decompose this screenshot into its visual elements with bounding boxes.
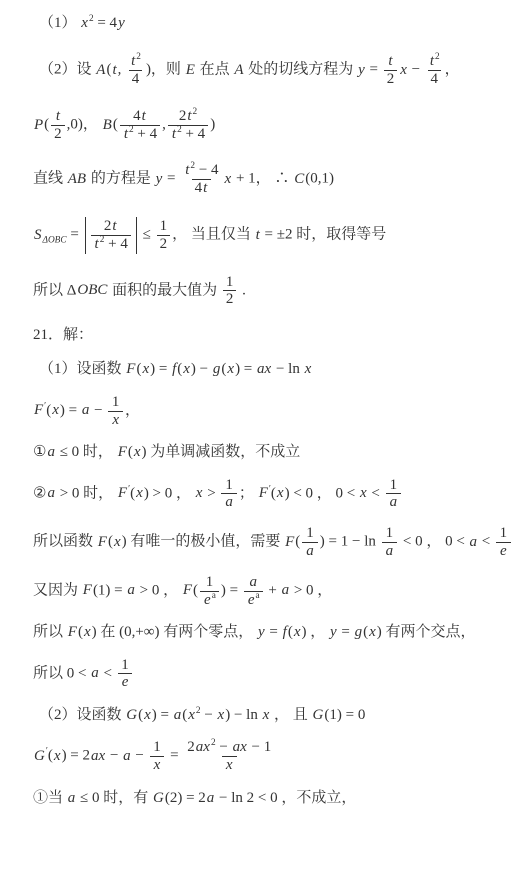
fraction: t2 [51, 108, 65, 143]
line-G-derivative: G′(x) = 2ax − a − 1x = 2ax2 − ax − 1x [33, 739, 516, 774]
text-run: 1 [112, 394, 120, 410]
math-variable: t [111, 218, 117, 234]
fraction: 2tt2 + 4 [91, 218, 131, 253]
numerator: 2t2 [176, 108, 200, 125]
denominator: 2 [157, 235, 171, 253]
numerator: 4t [130, 108, 150, 125]
fraction: 1a [302, 525, 318, 560]
line-define-G: （2）设函数 G(x) = a(x2 − x) − ln x ， 且 G(1) … [33, 705, 516, 725]
fraction: t24 [426, 53, 443, 88]
math-variable: S [33, 227, 43, 243]
numerator: t2 [426, 53, 443, 70]
math-variable: a [46, 485, 56, 501]
math-variable: x [143, 707, 152, 723]
line-AB-equation: 直线 AB 的方程是 y = t2 − 44tx + 1， ∴ C(0,1) [33, 162, 516, 197]
denominator: x [150, 756, 165, 774]
denominator: a [382, 542, 398, 560]
math-variable: E [185, 62, 196, 78]
text-run: + 4 [134, 126, 157, 142]
text-run: ≤ 0 时， [56, 444, 117, 460]
math-variable: g [212, 361, 222, 377]
text-run: 4 [132, 71, 140, 87]
text-run: 1 [206, 574, 214, 590]
text-run: + 1， ∴ [232, 171, 293, 187]
text-run: 2 [54, 126, 62, 142]
math-variable: e [499, 543, 508, 559]
text-run: < [368, 485, 384, 501]
text-run: ； [239, 485, 258, 501]
text-run: ) 有唯一的极小值，需要 [122, 534, 285, 550]
math-variable: x [182, 361, 191, 377]
text-run: 2 [160, 236, 168, 252]
fraction: 1ea [200, 574, 219, 609]
text-run: 1 [306, 525, 314, 541]
math-variable: x [224, 171, 233, 187]
math-variable: ax [90, 748, 106, 764]
math-variable: x [217, 707, 226, 723]
text-run: ， [445, 62, 460, 78]
text-run: ， [125, 402, 140, 418]
math-variable: a [469, 534, 479, 550]
math-solution-document: （1） x2 = 4y（2）设 A(t, t24)，则 E 在点 A 处的切线方… [0, 0, 528, 891]
denominator: a [386, 493, 402, 511]
text-run: > 0 时， [56, 485, 117, 501]
text-run: 的方程是 [87, 171, 155, 187]
math-variable: a [173, 707, 183, 723]
text-run: ) = [235, 361, 256, 377]
numerator: t [52, 108, 64, 125]
text-run: − [90, 402, 106, 418]
text-run: − 4 [195, 162, 218, 178]
text-run: ) = 2 [62, 748, 90, 764]
math-variable: x [53, 748, 62, 764]
text-run: （1）设函数 [39, 361, 125, 377]
math-variable: OBC [76, 282, 108, 298]
math-variable: x [226, 361, 235, 377]
line-define-F: （1）设函数 F(x) = f(x) − g(x) = ax − ln x [33, 359, 516, 379]
text-run: ) 有两个交点， [377, 624, 476, 640]
math-variable: B [102, 117, 113, 133]
absolute-value: 2tt2 + 4 [85, 217, 137, 254]
text-run: = [338, 624, 354, 640]
math-variable: F [67, 624, 78, 640]
text-run: + 4 [182, 126, 205, 142]
line-case1-a-nonpositive: ①a ≤ 0 时， F(x) 为单调减函数，不成立 [33, 442, 516, 462]
text-run: ) − [191, 361, 212, 377]
text-run: (2) = 2 [165, 790, 206, 806]
numerator: 1 [383, 525, 397, 542]
text-run: 21．解： [33, 327, 93, 343]
fraction: 2ax2 − ax − 1x [184, 739, 274, 774]
text-run: ) = [152, 707, 173, 723]
fraction: 1x [108, 394, 123, 429]
math-variable: ax [232, 739, 248, 755]
text-run: < [478, 534, 494, 550]
text-run: 在点 [196, 62, 234, 78]
math-variable: x [111, 412, 120, 428]
numerator: 1 [109, 394, 123, 411]
text-run: 1 [121, 657, 129, 673]
text-run: < 0 ， 0 < [399, 534, 468, 550]
math-variable: ax [256, 361, 272, 377]
numerator: t2 [127, 53, 144, 70]
text-run: ， 且 [270, 707, 311, 723]
text-run: = [166, 748, 182, 764]
math-variable: t [202, 180, 208, 196]
math-variable: A [95, 62, 106, 78]
math-variable: AB [67, 171, 87, 187]
text-run: , [118, 62, 126, 78]
line-points-P-B: P(t2,0)， B(4tt2 + 4,2t2t2 + 4) [33, 108, 516, 143]
text-run: 处的切线方程为 [245, 62, 358, 78]
math-variable: a [122, 748, 132, 764]
math-variable: x [187, 707, 196, 723]
numerator: 1 [118, 657, 132, 674]
denominator: a [302, 542, 318, 560]
text-run: ) < 0 ， 0 < [285, 485, 359, 501]
math-variable: x [83, 624, 92, 640]
text-run: > 0 ， [290, 582, 332, 598]
numerator: t2 − 4 [181, 162, 221, 179]
math-variable: y [357, 62, 366, 78]
text-run: 2 [226, 291, 234, 307]
line-parabola-equation: （1） x2 = 4y [33, 13, 516, 33]
numerator: 1 [203, 574, 217, 591]
math-variable: x [135, 485, 144, 501]
math-variable: F [117, 485, 128, 501]
denominator: x [222, 756, 237, 774]
fraction: 1a [221, 477, 237, 512]
numerator: 1 [387, 477, 401, 494]
math-variable: x [51, 402, 60, 418]
text-run: ) [210, 117, 215, 133]
math-variable: x [359, 485, 368, 501]
text-run: ) = [150, 361, 171, 377]
math-variable: x [153, 757, 162, 773]
math-variable: A [233, 62, 244, 78]
math-variable: x [304, 361, 313, 377]
math-variable: a [126, 582, 136, 598]
text-run: 所以 0 < [33, 665, 90, 681]
text-run: < [100, 665, 116, 681]
text-run: 1 [225, 477, 233, 493]
math-variable: a [81, 402, 91, 418]
denominator: ea [200, 591, 219, 609]
superscript: a [255, 591, 259, 601]
text-run: − [201, 707, 217, 723]
text-run: = 4 [94, 15, 117, 31]
text-run: （2）设 [39, 62, 95, 78]
math-variable: a [389, 494, 399, 510]
math-variable: x [133, 444, 142, 460]
math-variable: x [80, 15, 89, 31]
math-variable: F [284, 534, 295, 550]
math-variable: x [113, 534, 122, 550]
text-run: 4 [133, 108, 141, 124]
text-run: − [106, 748, 122, 764]
denominator: t2 + 4 [91, 235, 131, 253]
fraction: 1e [496, 525, 511, 560]
math-variable: F [117, 444, 128, 460]
text-run: 所以函数 [33, 534, 97, 550]
text-run: > 0 ， [136, 582, 182, 598]
text-run: ≤ 0 时，有 [76, 790, 152, 806]
text-run: （1） [39, 15, 80, 31]
text-run: 1 [160, 218, 168, 234]
fraction: 1x [150, 739, 165, 774]
denominator: a [221, 493, 237, 511]
fraction: 4tt2 + 4 [120, 108, 160, 143]
math-variable: F [125, 361, 136, 377]
text-run: ) = [60, 402, 81, 418]
denominator: 2 [223, 290, 237, 308]
superscript: 2 [193, 107, 198, 117]
line-G-case1: ①当 a ≤ 0 时，有 G(2) = 2a − ln 2 < 0 ，不成立， [33, 788, 516, 808]
line-endpoint-values: 又因为 F(1) = a > 0 ， F(1ea) = aea + a > 0 … [33, 574, 516, 609]
fraction: t2 − 44t [181, 162, 221, 197]
math-variable: F [182, 582, 193, 598]
math-variable: a [206, 790, 216, 806]
fraction: 2t2t2 + 4 [168, 108, 208, 143]
denominator: ea [244, 591, 263, 609]
text-run: 2 [187, 739, 195, 755]
text-run: − [132, 748, 148, 764]
line-area-inequality: SΔOBC = 2tt2 + 4 ≤ 12， 当且仅当 t = ±2 时，取得等… [33, 217, 516, 254]
math-variable: x [262, 707, 271, 723]
text-run: 又因为 [33, 582, 82, 598]
math-variable: F [97, 534, 108, 550]
text-run: = [163, 171, 179, 187]
numerator: 1 [222, 477, 236, 494]
denominator: e [496, 542, 511, 560]
text-run: 4 [195, 180, 203, 196]
line-range-of-a: 所以 0 < a < 1e [33, 657, 516, 692]
math-variable: x [368, 624, 377, 640]
denominator: x [108, 411, 123, 429]
math-variable: x [399, 62, 408, 78]
math-variable: e [203, 592, 212, 608]
denominator: 4 [129, 70, 143, 88]
text-run: ) = 1 − ln [320, 534, 380, 550]
math-variable: t [387, 53, 393, 69]
math-variable: a [67, 790, 77, 806]
numerator: 1 [150, 739, 164, 756]
math-variable: e [121, 674, 130, 690]
text-run: ( [113, 117, 118, 133]
text-run: 1 [500, 525, 508, 541]
line-problem-21-header: 21．解： [33, 325, 516, 345]
numerator: 1 [303, 525, 317, 542]
numerator: t [384, 53, 396, 70]
text-run: 所以 [33, 624, 67, 640]
text-run: (0,1) [305, 171, 334, 187]
math-variable: x [141, 361, 150, 377]
text-run: 2 [387, 71, 395, 87]
math-variable: a [248, 574, 258, 590]
text-run: ) − ln [225, 707, 261, 723]
text-run: ) > 0 ， [144, 485, 195, 501]
text-run: （2）设函数 [39, 707, 125, 723]
text-run: = [67, 227, 83, 243]
text-run: + [265, 582, 281, 598]
text-run: > [203, 485, 219, 501]
text-run: − 1 [248, 739, 271, 755]
fraction: 12 [157, 218, 171, 253]
math-variable: a [385, 543, 395, 559]
text-run: 1 [226, 274, 234, 290]
text-run: ≤ [139, 227, 155, 243]
math-variable: a [305, 543, 315, 559]
text-run: 1 [386, 525, 394, 541]
math-variable: y [257, 624, 266, 640]
math-variable: a [90, 665, 100, 681]
numerator: 2t [101, 218, 121, 235]
text-run: ) = [221, 582, 242, 598]
math-variable: g [354, 624, 364, 640]
math-variable: x [225, 757, 234, 773]
math-variable: x [276, 485, 285, 501]
text-run: ) 在 (0,+∞) 有两个零点， [92, 624, 257, 640]
line-minimum-condition: 所以函数 F(x) 有唯一的极小值，需要 F(1a) = 1 − ln 1a <… [33, 525, 516, 560]
math-variable: G [125, 707, 138, 723]
numerator: 1 [497, 525, 511, 542]
math-variable: a [281, 582, 291, 598]
math-variable: F [33, 402, 44, 418]
line-case2-a-positive: ②a > 0 时， F′(x) > 0 ， x > 1a； F′(x) < 0 … [33, 477, 516, 512]
text-run: − [216, 739, 232, 755]
text-run: ( [295, 534, 300, 550]
math-variable: G [33, 748, 46, 764]
fraction: 12 [223, 274, 237, 309]
math-variable: t [55, 108, 61, 124]
fraction: t24 [127, 53, 144, 88]
text-run: ) ， [301, 624, 329, 640]
line-max-area-conclusion: 所以 ΔOBC 面积的最大值为 12 . [33, 274, 516, 309]
subscript: ΔOBC [43, 236, 67, 246]
fraction: 1a [386, 477, 402, 512]
superscript: 2 [136, 52, 141, 62]
line-two-zeros: 所以 F(x) 在 (0,+∞) 有两个零点， y = f(x) ， y = g… [33, 622, 516, 642]
fraction: 1e [118, 657, 133, 692]
math-variable: a [46, 444, 56, 460]
text-run: , [162, 117, 166, 133]
denominator: 4 [428, 70, 442, 88]
math-variable: a [224, 494, 234, 510]
numerator: 1 [223, 274, 237, 291]
numerator: 1 [157, 218, 171, 235]
text-run: . [238, 282, 246, 298]
text-run: 直线 [33, 171, 67, 187]
math-variable: y [117, 15, 126, 31]
math-variable: y [155, 171, 164, 187]
denominator: 2 [51, 125, 65, 143]
math-variable: G [152, 790, 165, 806]
text-run: (1) = 0 [324, 707, 365, 723]
denominator: t2 + 4 [120, 125, 160, 143]
text-run: ① [33, 444, 46, 460]
text-run: = [366, 62, 382, 78]
text-run: − ln [272, 361, 303, 377]
math-variable: G [312, 707, 325, 723]
text-run: = ±2 时，取得等号 [261, 227, 386, 243]
text-run: − ln 2 < 0 ，不成立， [215, 790, 356, 806]
numerator: a [245, 574, 261, 591]
text-run: 1 [153, 739, 161, 755]
text-run: ② [33, 485, 46, 501]
text-run: ①当 [33, 790, 67, 806]
fraction: 1a [382, 525, 398, 560]
text-run: ( [44, 117, 49, 133]
superscript: a [212, 591, 216, 601]
superscript: 2 [435, 52, 440, 62]
text-run: (1) = [93, 582, 126, 598]
math-variable: y [329, 624, 338, 640]
text-run: ,0)， [67, 117, 102, 133]
text-run: ， 当且仅当 [172, 227, 255, 243]
text-run: 面积的最大值为 [108, 282, 221, 298]
text-run: 1 [390, 477, 398, 493]
denominator: 4t [192, 179, 212, 197]
text-run: ) 为单调减函数，不成立 [142, 444, 301, 460]
math-variable: F [258, 485, 269, 501]
math-variable: ax [195, 739, 211, 755]
math-variable: t [141, 108, 147, 124]
denominator: 2 [384, 70, 398, 88]
fraction: aea [244, 574, 263, 609]
line-F-derivative: F′(x) = a − 1x， [33, 394, 516, 429]
math-variable: F [82, 582, 93, 598]
text-run: 4 [431, 71, 439, 87]
text-run: 所以 Δ [33, 282, 76, 298]
denominator: t2 + 4 [168, 125, 208, 143]
math-variable: C [293, 171, 305, 187]
text-run: )，则 [146, 62, 185, 78]
fraction: t2 [384, 53, 398, 88]
line-tangent-equation: （2）设 A(t, t24)，则 E 在点 A 处的切线方程为 y = t2x … [33, 53, 516, 88]
text-run: − [408, 62, 424, 78]
text-run: + 4 [104, 236, 127, 252]
text-run: ( [193, 582, 198, 598]
numerator: 2ax2 − ax − 1 [184, 739, 274, 756]
text-run: = [266, 624, 282, 640]
math-variable: P [33, 117, 44, 133]
denominator: e [118, 673, 133, 691]
